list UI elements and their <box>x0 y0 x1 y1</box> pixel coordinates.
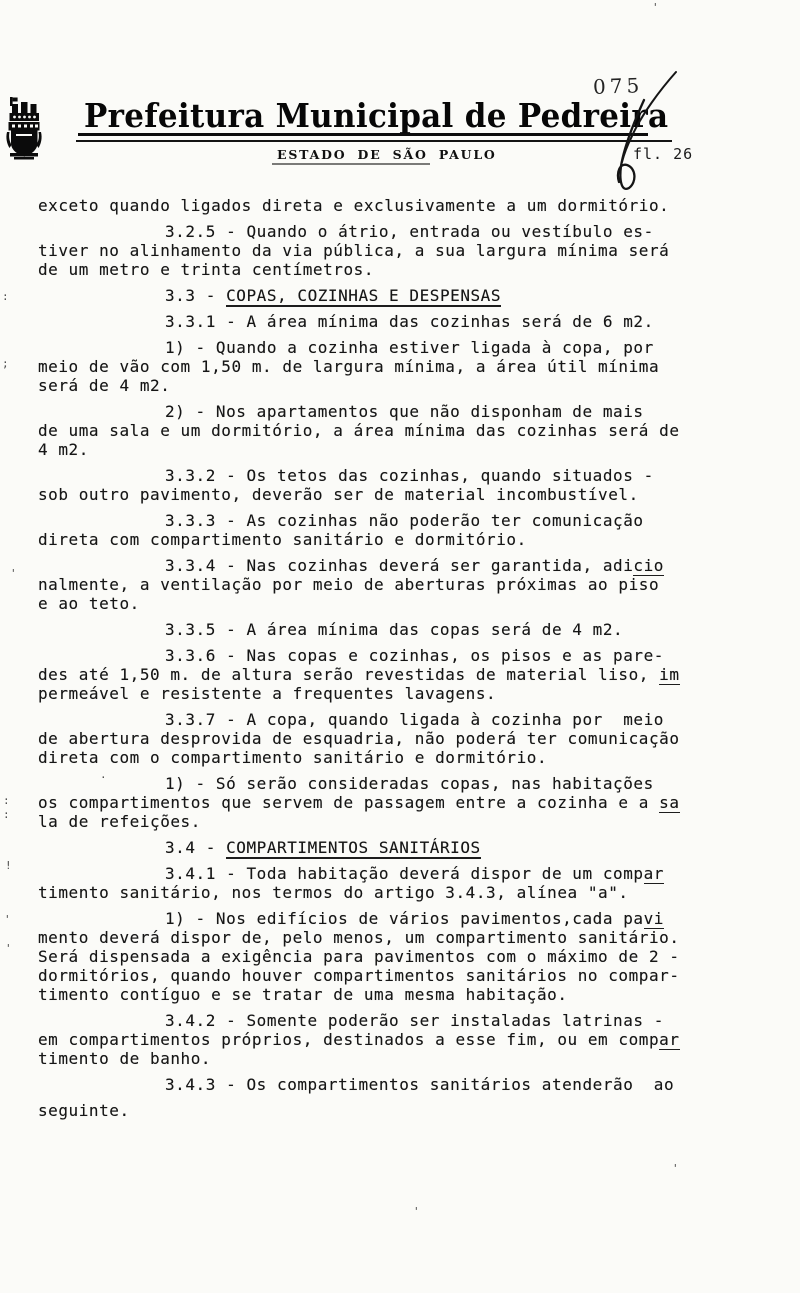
text-line: seguinte. <box>38 1101 738 1120</box>
scan-artifact: ' <box>10 568 17 579</box>
coat-of-arms-icon <box>4 96 44 162</box>
scanned-page: Prefeitura Municipal de Pedreira ESTADO … <box>0 0 800 1293</box>
text-line: des até 1,50 m. de altura serão revestid… <box>38 665 738 684</box>
paragraph: 3.4.3 - Os compartimentos sanitários ate… <box>38 1075 738 1094</box>
text-line: permeável e resistente a frequentes lava… <box>38 684 738 703</box>
section-heading: 3.3 - COPAS, COZINHAS E DESPENSAS <box>38 286 738 305</box>
text-line: tiver no alinhamento da via pública, a s… <box>38 241 738 260</box>
scan-artifact: · <box>100 772 107 783</box>
text-line: em compartimentos próprios, destinados a… <box>38 1030 738 1049</box>
scan-artifact: ' <box>652 2 659 13</box>
text-line: 3.4.2 - Somente poderão ser instaladas l… <box>38 1011 738 1030</box>
text-line: 1) - Só serão consideradas copas, nas ha… <box>38 774 738 793</box>
paragraph: exceto quando ligados direta e exclusiva… <box>38 196 738 215</box>
text-line: 3.3 - COPAS, COZINHAS E DESPENSAS <box>38 286 738 305</box>
document-body: exceto quando ligados direta e exclusiva… <box>38 196 738 1120</box>
scan-artifact: : <box>3 809 10 820</box>
text-line: direta com o compartimento sanitário e d… <box>38 748 738 767</box>
text-line: 2) - Nos apartamentos que não disponham … <box>38 402 738 421</box>
paragraph: 3.2.5 - Quando o átrio, entrada ou vestí… <box>38 222 738 279</box>
text-line: la de refeições. <box>38 812 738 831</box>
text-line: 3.4.1 - Toda habitação deverá dispor de … <box>38 864 738 883</box>
text-line: meio de vão com 1,50 m. de largura mínim… <box>38 357 738 376</box>
text-line: 3.3.6 - Nas copas e cozinhas, os pisos e… <box>38 646 738 665</box>
text-line: mento deverá dispor de, pelo menos, um c… <box>38 928 738 947</box>
paragraph: 1) - Nos edifícios de vários pavimentos,… <box>38 909 738 1004</box>
scan-artifact: ' <box>413 1206 420 1217</box>
letterhead-subtitle: ESTADO DE SÃO PAULO <box>277 147 497 162</box>
paragraph: seguinte. <box>38 1101 738 1120</box>
letterhead-subtitle-rule <box>272 163 430 165</box>
scan-artifact: ! <box>5 860 12 871</box>
text-line: 3.3.7 - A copa, quando ligada à cozinha … <box>38 710 738 729</box>
letterhead-rule-thick <box>78 133 648 136</box>
paragraph: 3.3.2 - Os tetos das cozinhas, quando si… <box>38 466 738 504</box>
scan-artifact: ' <box>5 943 12 954</box>
text-line: 3.3.2 - Os tetos das cozinhas, quando si… <box>38 466 738 485</box>
text-line: de um metro e trinta centímetros. <box>38 260 738 279</box>
paragraph: 3.4.2 - Somente poderão ser instaladas l… <box>38 1011 738 1068</box>
text-line: os compartimentos que servem de passagem… <box>38 793 738 812</box>
text-line: 1) - Nos edifícios de vários pavimentos,… <box>38 909 738 928</box>
text-line: Será dispensada a exigência para pavimen… <box>38 947 738 966</box>
text-line: 3.4 - COMPARTIMENTOS SANITÁRIOS <box>38 838 738 857</box>
text-line: exceto quando ligados direta e exclusiva… <box>38 196 738 215</box>
paragraph: 3.3.7 - A copa, quando ligada à cozinha … <box>38 710 738 767</box>
coat-of-arms-logo <box>4 96 44 162</box>
scan-artifact: ; <box>2 358 9 369</box>
text-line: sob outro pavimento, deverão ser de mate… <box>38 485 738 504</box>
text-line: timento sanitário, nos termos do artigo … <box>38 883 738 902</box>
text-line: dormitórios, quando houver compartimento… <box>38 966 738 985</box>
paragraph: 2) - Nos apartamentos que não disponham … <box>38 402 738 459</box>
letterhead-rule-thin <box>76 140 672 142</box>
paragraph: 1) - Quando a cozinha estiver ligada à c… <box>38 338 738 395</box>
scan-artifact: ' <box>4 914 11 925</box>
section-heading: 3.4 - COMPARTIMENTOS SANITÁRIOS <box>38 838 738 857</box>
text-line: será de 4 m2. <box>38 376 738 395</box>
text-line: 3.4.3 - Os compartimentos sanitários ate… <box>38 1075 738 1094</box>
signature-icon <box>588 62 688 197</box>
text-line: direta com compartimento sanitário e dor… <box>38 530 738 549</box>
paragraph: 3.3.5 - A área mínima das copas será de … <box>38 620 738 639</box>
text-line: timento de banho. <box>38 1049 738 1068</box>
paragraph: 3.3.6 - Nas copas e cozinhas, os pisos e… <box>38 646 738 703</box>
text-line: 3.3.3 - As cozinhas não poderão ter comu… <box>38 511 738 530</box>
text-line: 3.3.4 - Nas cozinhas deverá ser garantid… <box>38 556 738 575</box>
paragraph: 1) - Só serão consideradas copas, nas ha… <box>38 774 738 831</box>
scan-artifact: : <box>3 795 10 806</box>
paragraph: 3.3.1 - A área mínima das cozinhas será … <box>38 312 738 331</box>
text-line: timento contíguo e se tratar de uma mesm… <box>38 985 738 1004</box>
text-line: 3.3.5 - A área mínima das copas será de … <box>38 620 738 639</box>
text-line: 4 m2. <box>38 440 738 459</box>
text-line: 1) - Quando a cozinha estiver ligada à c… <box>38 338 738 357</box>
text-line: 3.2.5 - Quando o átrio, entrada ou vestí… <box>38 222 738 241</box>
paragraph: 3.3.4 - Nas cozinhas deverá ser garantid… <box>38 556 738 613</box>
scan-artifact: ' <box>672 1163 679 1174</box>
text-line: de uma sala e um dormitório, a área míni… <box>38 421 738 440</box>
letterhead-title: Prefeitura Municipal de Pedreira <box>84 98 668 135</box>
text-line: nalmente, a ventilação por meio de abert… <box>38 575 738 594</box>
text-line: 3.3.1 - A área mínima das cozinhas será … <box>38 312 738 331</box>
scan-artifact: : <box>2 291 9 302</box>
text-line: e ao teto. <box>38 594 738 613</box>
paragraph: 3.4.1 - Toda habitação deverá dispor de … <box>38 864 738 902</box>
text-line: de abertura desprovida de esquadria, não… <box>38 729 738 748</box>
paragraph: 3.3.3 - As cozinhas não poderão ter comu… <box>38 511 738 549</box>
